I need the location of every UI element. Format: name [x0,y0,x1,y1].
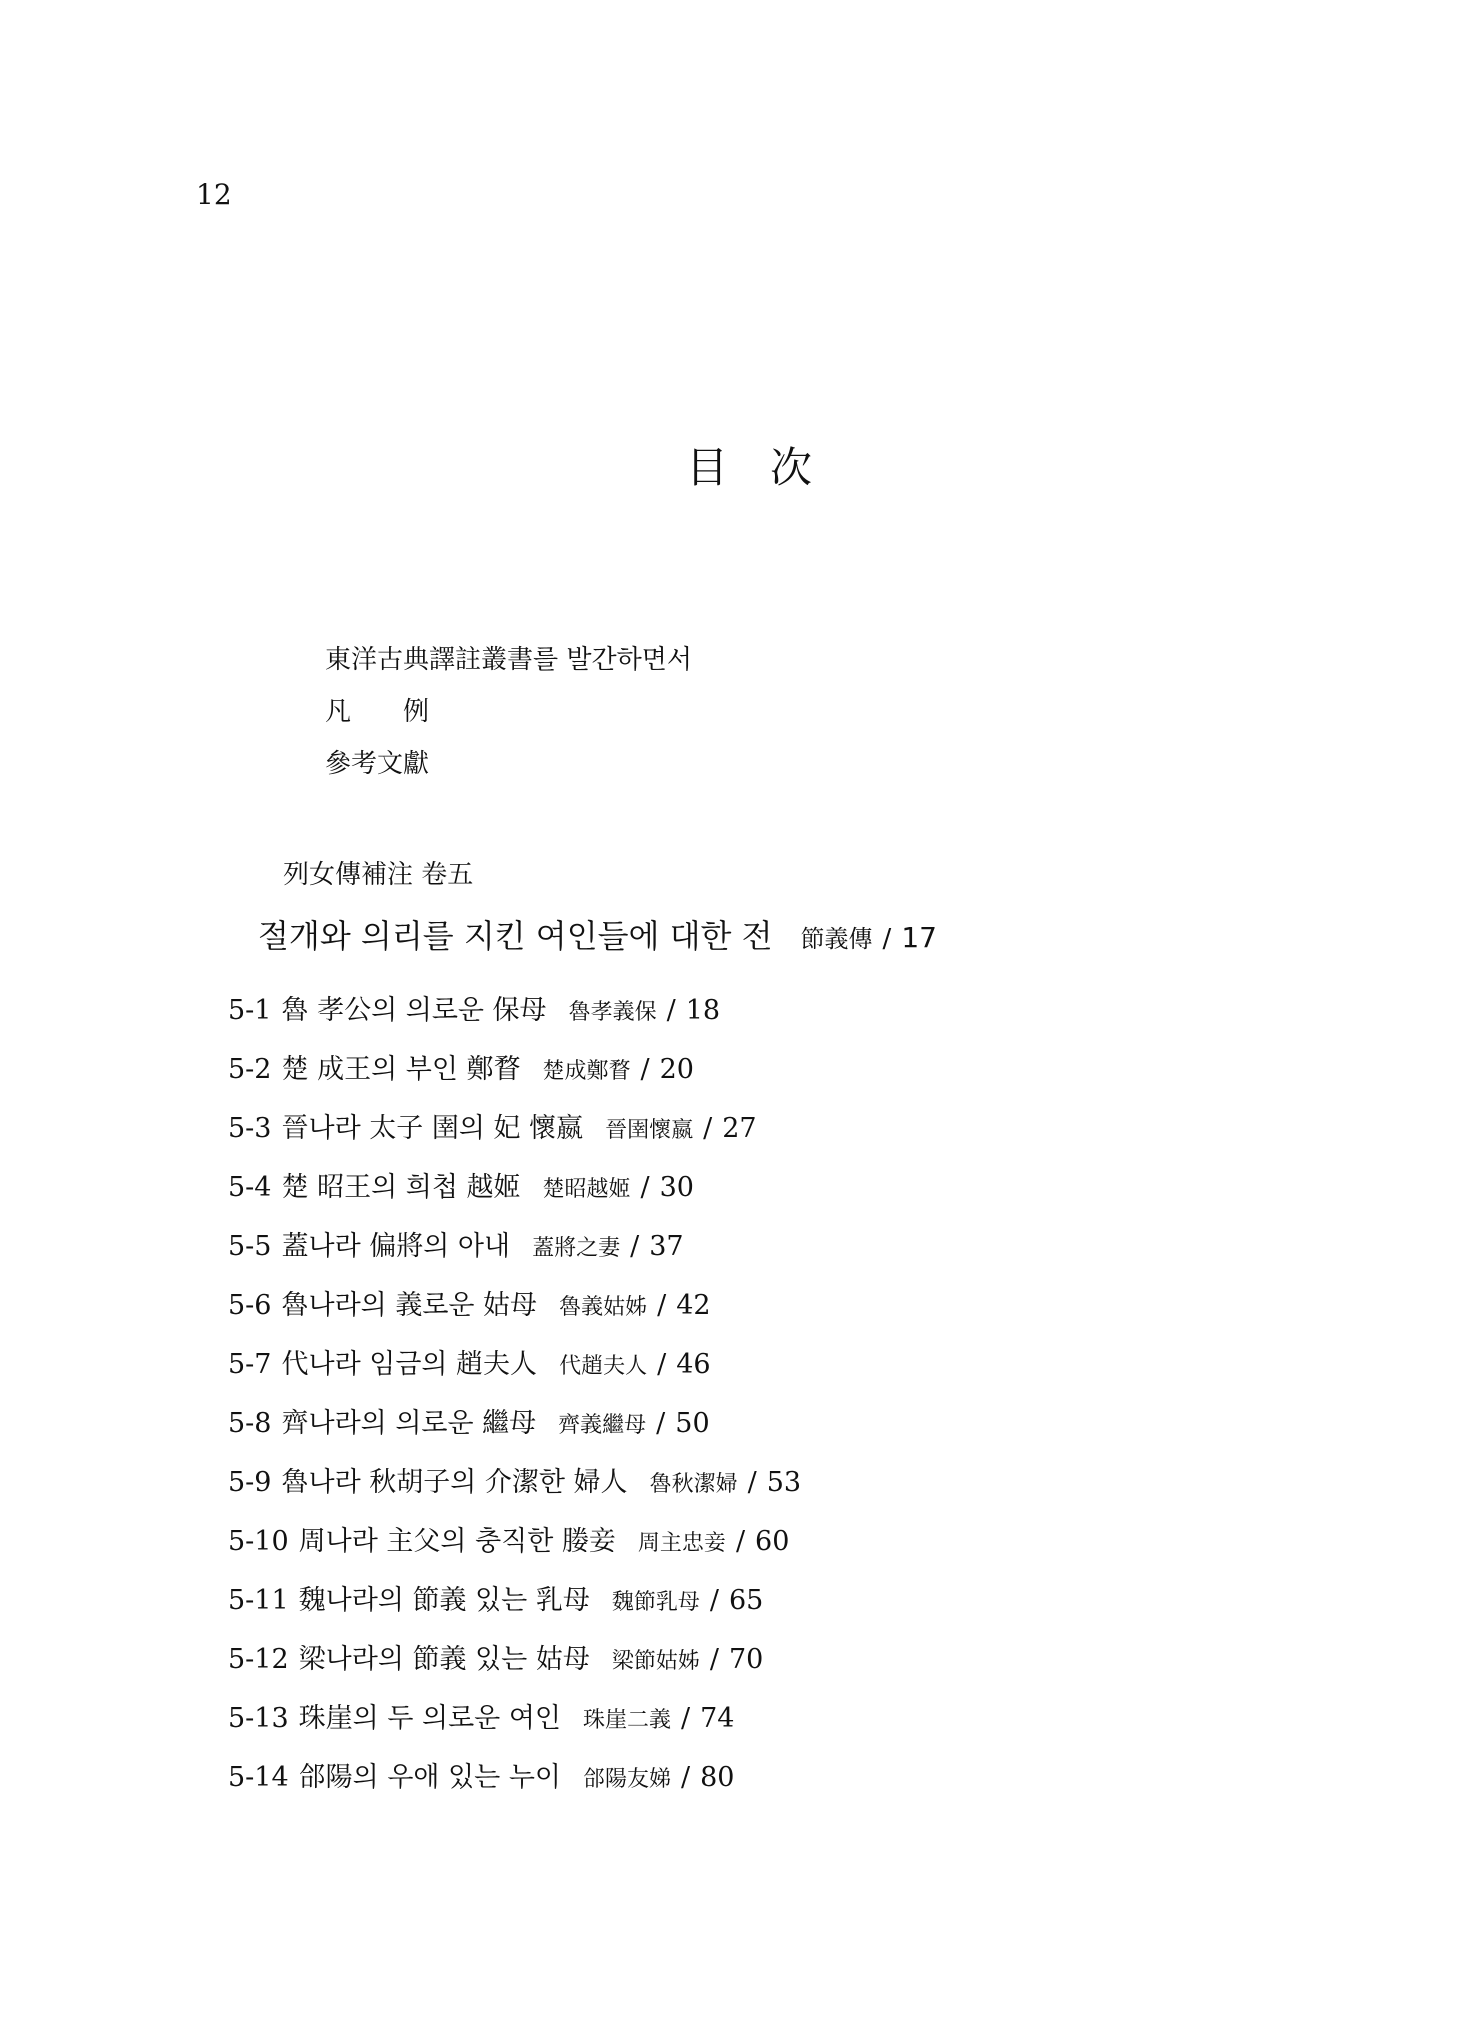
entry-page: 65 [729,1585,763,1616]
entry-separator: / [667,995,676,1026]
entry-page: 27 [722,1113,756,1144]
entry-separator: / [656,1408,665,1439]
entry-number: 5-1 [228,995,271,1026]
entry-title: 郃陽의 우애 있는 누이 [299,1762,561,1793]
entry-number: 5-3 [228,1113,271,1144]
entry-short-title: 齊義繼母 [558,1413,646,1438]
entry-number: 5-13 [228,1703,289,1734]
toc-entry[interactable]: 5-9魯나라 秋胡子의 介潔한 婦人魯秋潔婦/53 [228,1462,801,1521]
toc-entry[interactable]: 5-14郃陽의 우애 있는 누이郃陽友娣/80 [228,1757,801,1816]
page-separator: / [883,924,892,954]
toc-entry[interactable]: 5-3晉나라 太子 圉의 妃 懷嬴晉圉懷嬴/27 [228,1108,801,1167]
entry-short-title: 珠崖二義 [583,1708,671,1733]
toc-entry[interactable]: 5-7代나라 임금의 趙夫人代趙夫人/46 [228,1344,801,1403]
toc-title-char-1: 目 [686,440,728,496]
entry-page: 20 [660,1054,694,1085]
entry-title: 珠崖의 두 의로운 여인 [299,1703,561,1734]
entry-short-title: 郃陽友娣 [583,1767,671,1792]
section-page-number: 17 [901,921,937,954]
front-matter-item-explanatory-notes[interactable]: 凡 例 [325,692,692,744]
entry-title: 魯나라의 義로운 姑母 [281,1290,537,1321]
entry-separator: / [736,1526,745,1557]
entry-number: 5-12 [228,1644,289,1675]
toc-title-char-2: 次 [770,440,812,496]
entry-separator: / [630,1231,639,1262]
toc-entry[interactable]: 5-10周나라 主父의 충직한 媵妾周主忠妾/60 [228,1521,801,1580]
entry-separator: / [710,1585,719,1616]
entry-page: 74 [700,1703,734,1734]
entry-title: 楚 成王의 부인 鄭瞀 [281,1054,520,1085]
entry-number: 5-10 [228,1526,289,1557]
entry-title: 晉나라 太子 圉의 妃 懷嬴 [281,1113,583,1144]
entry-title: 齊나라의 의로운 繼母 [281,1408,536,1439]
toc-entry[interactable]: 5-8齊나라의 의로운 繼母齊義繼母/50 [228,1403,801,1462]
entry-number: 5-9 [228,1467,271,1498]
entry-short-title: 蓋將之妻 [532,1236,620,1261]
entry-title: 魯나라 秋胡子의 介潔한 婦人 [281,1467,627,1498]
entry-short-title: 晉圉懷嬴 [605,1118,693,1143]
entry-number: 5-4 [228,1172,271,1203]
entry-number: 5-7 [228,1349,271,1380]
front-matter-item-preface[interactable]: 東洋古典譯註叢書를 발간하면서 [325,640,692,692]
toc-entry[interactable]: 5-2楚 成王의 부인 鄭瞀楚成鄭瞀/20 [228,1049,801,1108]
entry-separator: / [710,1644,719,1675]
entry-separator: / [657,1290,666,1321]
entry-separator: / [748,1467,757,1498]
entry-title: 蓋나라 偏將의 아내 [281,1231,510,1262]
entry-page: 80 [700,1762,734,1793]
front-matter-item-references[interactable]: 參考文獻 [325,744,692,796]
entry-number: 5-11 [228,1585,289,1616]
volume-title: 列女傳補注 卷五 [283,856,473,894]
entry-page: 37 [649,1231,683,1262]
front-matter-list: 東洋古典譯註叢書를 발간하면서 凡 例 參考文獻 [325,640,692,796]
toc-entry[interactable]: 5-12梁나라의 節義 있는 姑母梁節姑姊/70 [228,1639,801,1698]
entry-page: 46 [676,1349,710,1380]
entry-separator: / [641,1054,650,1085]
entry-title: 梁나라의 節義 있는 姑母 [299,1644,590,1675]
entry-short-title: 魏節乳母 [612,1590,700,1615]
toc-entry[interactable]: 5-13珠崖의 두 의로운 여인珠崖二義/74 [228,1698,801,1757]
page-number: 12 [196,178,232,212]
entry-title: 周나라 主父의 충직한 媵妾 [299,1526,616,1557]
entry-number: 5-8 [228,1408,271,1439]
entry-title: 代나라 임금의 趙夫人 [281,1349,537,1380]
entry-short-title: 魯孝義保 [569,1000,657,1025]
toc-entry[interactable]: 5-1魯 孝公의 의로운 保母魯孝義保/18 [228,990,801,1049]
entry-number: 5-2 [228,1054,271,1085]
toc-entry[interactable]: 5-5蓋나라 偏將의 아내蓋將之妻/37 [228,1226,801,1285]
entry-short-title: 周主忠妾 [638,1531,726,1556]
entry-short-title: 魯秋潔婦 [650,1472,738,1497]
entry-number: 5-6 [228,1290,271,1321]
entry-page: 53 [767,1467,801,1498]
entry-short-title: 梁節姑姊 [612,1649,700,1674]
entry-page: 18 [686,995,720,1026]
entry-number: 5-5 [228,1231,271,1262]
entry-page: 30 [660,1172,694,1203]
section-title-hanja: 節義傳 [801,925,873,953]
entry-number: 5-14 [228,1762,289,1793]
entry-title: 魯 孝公의 의로운 保母 [281,995,546,1026]
section-header[interactable]: 절개와 의리를 지킨 여인들에 대한 전節義傳/17 [258,914,937,958]
toc-title: 目次 [0,440,1480,496]
toc-entry[interactable]: 5-6魯나라의 義로운 姑母魯義姑姊/42 [228,1285,801,1344]
section-title-korean: 절개와 의리를 지킨 여인들에 대한 전 [258,917,773,955]
entry-separator: / [657,1349,666,1380]
entry-separator: / [703,1113,712,1144]
entry-separator: / [641,1172,650,1203]
entry-page: 70 [729,1644,763,1675]
entry-short-title: 代趙夫人 [559,1354,647,1379]
entry-page: 60 [755,1526,789,1557]
entry-page: 42 [676,1290,710,1321]
entry-separator: / [681,1762,690,1793]
entry-short-title: 楚成鄭瞀 [542,1059,630,1084]
toc-entry[interactable]: 5-11魏나라의 節義 있는 乳母魏節乳母/65 [228,1580,801,1639]
toc-entry[interactable]: 5-4楚 昭王의 희첩 越姬楚昭越姬/30 [228,1167,801,1226]
entry-page: 50 [675,1408,709,1439]
entry-separator: / [681,1703,690,1734]
entry-short-title: 楚昭越姬 [542,1177,630,1202]
entry-short-title: 魯義姑姊 [559,1295,647,1320]
toc-entries: 5-1魯 孝公의 의로운 保母魯孝義保/18 5-2楚 成王의 부인 鄭瞀楚成鄭… [228,990,801,1816]
entry-title: 魏나라의 節義 있는 乳母 [299,1585,590,1616]
entry-title: 楚 昭王의 희첩 越姬 [281,1172,520,1203]
